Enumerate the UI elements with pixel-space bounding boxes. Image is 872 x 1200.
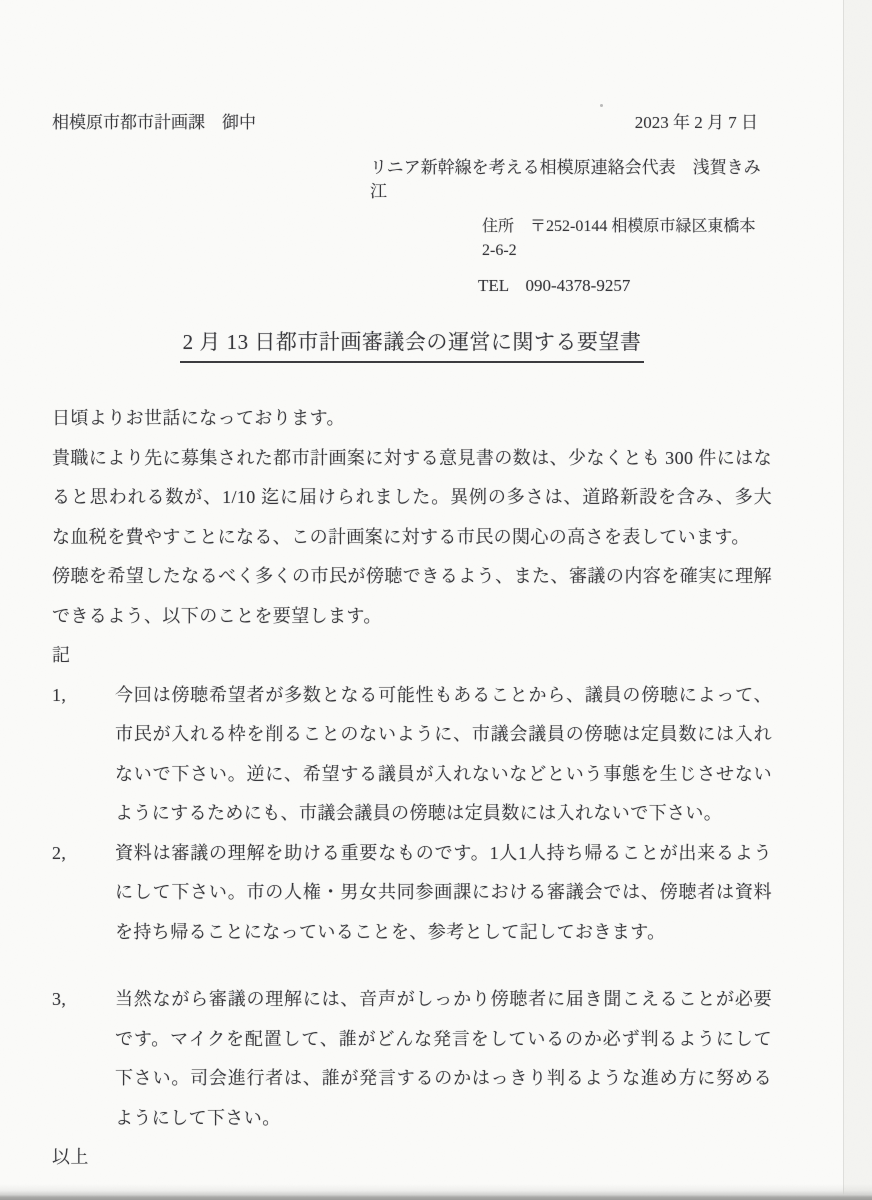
- intro-paragraph-2: 傍聴を希望したなるべく多くの市民が傍聴できるよう、また、審議の内容を確実に理解で…: [52, 557, 772, 636]
- addressee: 相模原市都市計画課 御中: [52, 110, 256, 136]
- sender-name: リニア新幹線を考える相模原連絡会代表 浅賀きみ江: [370, 156, 772, 204]
- item-number: 3,: [52, 980, 115, 1020]
- document-header: 相模原市都市計画課 御中 2023 年 2 月 7 日: [52, 110, 772, 136]
- item-text: 資料は審議の理解を助ける重要なものです。1人1人持ち帰ることが出来るようにして下…: [115, 834, 772, 953]
- item-number: 1,: [52, 676, 115, 716]
- scanner-bottom-edge: [0, 1184, 872, 1200]
- sender-address: 住所 〒252-0144 相模原市緑区東橋本 2-6-2: [482, 215, 772, 263]
- intro-paragraph-1: 貴職により先に募集された都市計画案に対する意見書の数は、少なくとも 300 件に…: [52, 439, 772, 558]
- item-text: 今回は傍聴希望者が多数となる可能性もあることから、議員の傍聴によって、市民が入れ…: [115, 676, 772, 834]
- paper-right-edge: [843, 0, 872, 1200]
- item-text: 当然ながら審議の理解には、音声がしっかり傍聴者に届き聞こえることが必要です。マイ…: [115, 980, 772, 1138]
- scan-speck: [600, 104, 603, 107]
- request-item-3: 3, 当然ながら審議の理解には、音声がしっかり傍聴者に届き聞こえることが必要です…: [52, 980, 772, 1138]
- title-wrapper: 2 月 13 日都市計画審議会の運営に関する要望書: [52, 326, 772, 363]
- item-number: 2,: [52, 834, 115, 874]
- document-body: 日頃よりお世話になっております。 貴職により先に募集された都市計画案に対する意見…: [52, 399, 772, 1178]
- document-content: 相模原市都市計画課 御中 2023 年 2 月 7 日 リニア新幹線を考える相模…: [52, 0, 772, 1178]
- sender-telephone: TEL 090-4378-9257: [478, 274, 772, 298]
- request-item-2: 2, 資料は審議の理解を助ける重要なものです。1人1人持ち帰ることが出来るように…: [52, 834, 772, 953]
- document-title: 2 月 13 日都市計画審議会の運営に関する要望書: [180, 326, 645, 363]
- greeting-line: 日頃よりお世話になっております。: [52, 399, 772, 439]
- scanned-document-page: 相模原市都市計画課 御中 2023 年 2 月 7 日 リニア新幹線を考える相模…: [0, 0, 872, 1200]
- request-item-1: 1, 今回は傍聴希望者が多数となる可能性もあることから、議員の傍聴によって、市民…: [52, 676, 772, 834]
- document-date: 2023 年 2 月 7 日: [635, 110, 772, 136]
- record-marker: 記: [52, 636, 772, 676]
- closing-mark: 以上: [52, 1138, 772, 1178]
